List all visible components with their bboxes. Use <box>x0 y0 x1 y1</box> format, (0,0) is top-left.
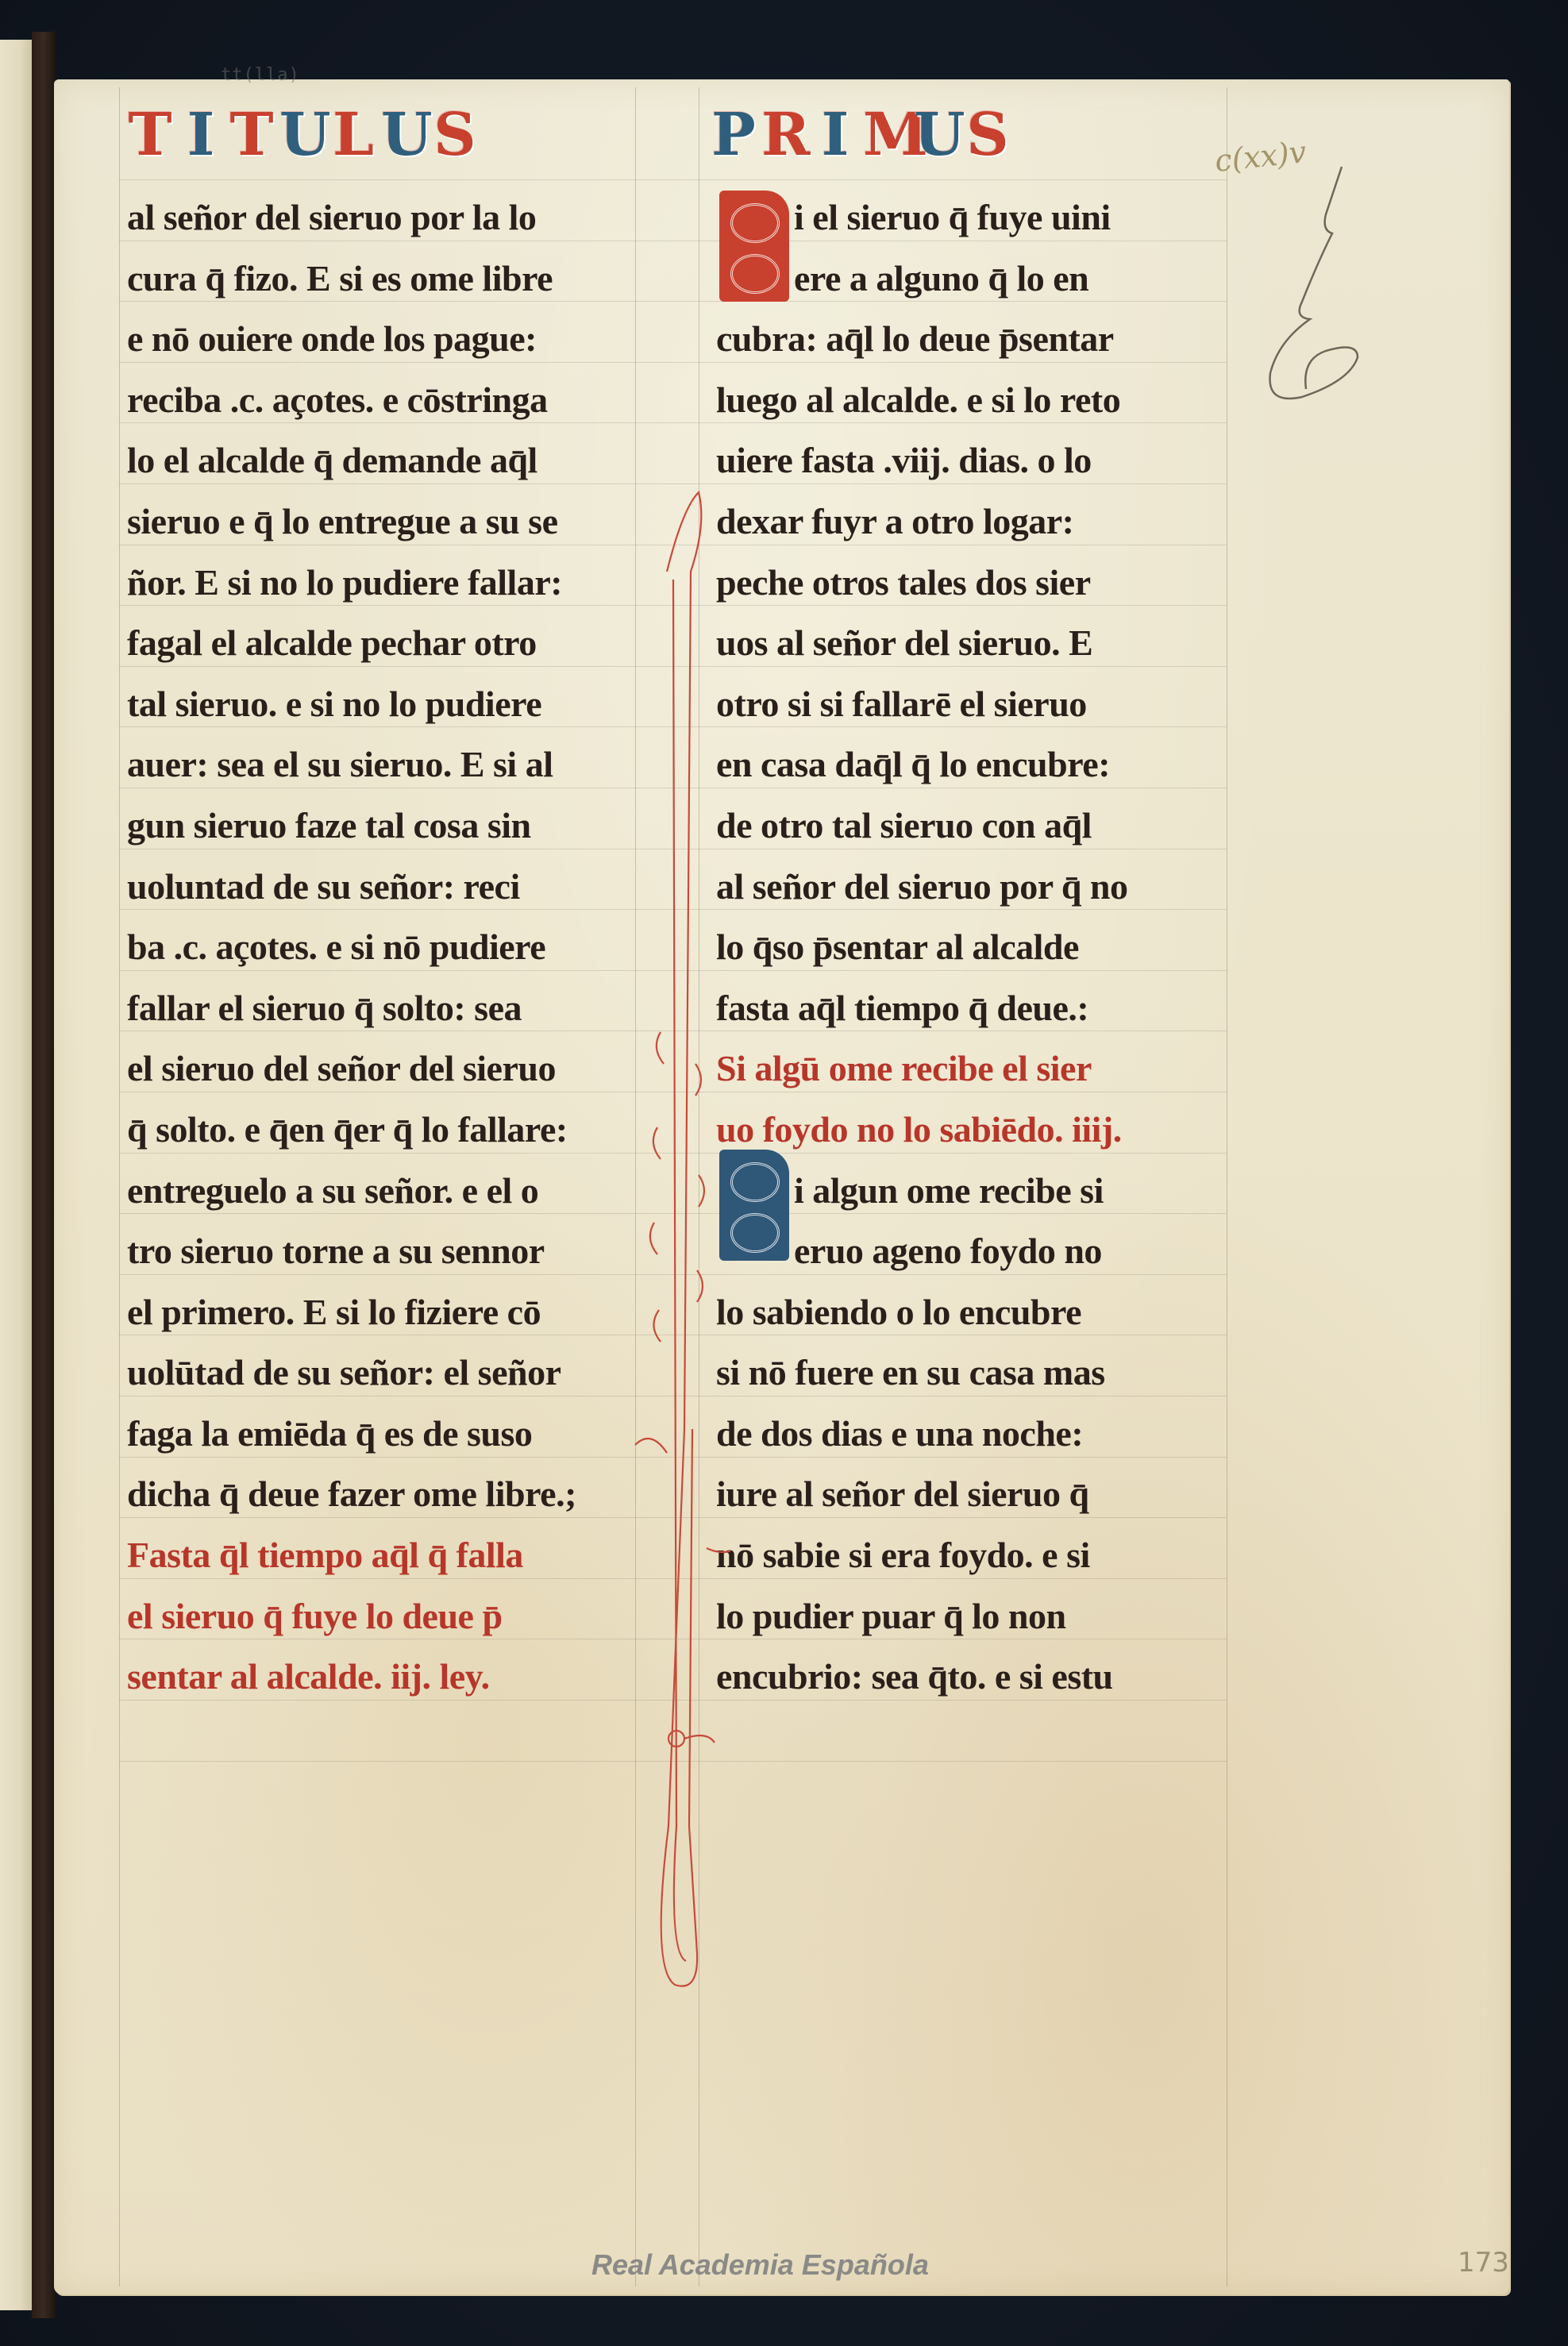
text-line: lo sabiendo o lo encubre <box>716 1282 1224 1343</box>
text-line: de otro tal sieruo con aq̄l <box>716 795 1224 857</box>
text-line: ere a alguno q̄ lo en <box>716 248 1224 310</box>
folio-number: 173 <box>1458 2247 1509 2279</box>
heading-primus: PRIMUS <box>711 102 1011 177</box>
text-line: lo pudier puar q̄ lo non <box>716 1586 1224 1647</box>
text-line: al señor del sieruo por la lo <box>127 187 635 248</box>
text-line: i el sieruo q̄ fuye uini <box>716 187 1224 248</box>
text-line: dicha q̄ deue fazer ome libre.; <box>127 1464 635 1525</box>
text-line: luego al alcalde. e si lo reto <box>716 370 1224 431</box>
pencil-note: tt(lla) <box>221 65 300 85</box>
ruling-vertical <box>1227 87 1227 2286</box>
text-line: si nō fuere en su casa mas <box>716 1342 1224 1404</box>
heading-letter: I <box>178 102 224 168</box>
rubric-line: Si algū ome recibe el sier <box>716 1038 1224 1100</box>
heading-letter: S <box>965 102 1011 168</box>
rubric-line: Fasta q̄l tiempo aq̄l q̄ falla <box>127 1525 635 1586</box>
text-line: cubra: aq̄l lo deue p̄sentar <box>716 309 1224 370</box>
text-line: fasta aq̄l tiempo q̄ deue.: <box>716 978 1224 1039</box>
text-line: dexar fuyr a otro logar: <box>716 491 1224 553</box>
text-line: cura q̄ fizo. E si es ome libre <box>127 248 635 310</box>
text-line: ñor. E si no lo pudiere fallar: <box>127 553 635 614</box>
heading-letter: R <box>761 102 807 168</box>
heading-letter: U <box>914 102 960 168</box>
text-line: iure al señor del sieruo q̄ <box>716 1464 1224 1525</box>
text-line: lo q̄so p̄sentar al alcalde <box>716 917 1224 978</box>
text-line: uolūtad de su señor: el señor <box>127 1342 635 1404</box>
heading-letter: P <box>711 102 757 168</box>
heading-letter: S <box>432 102 478 168</box>
text-line: entreguelo a su señor. e el o <box>127 1161 635 1222</box>
heading-letter: M <box>863 102 909 168</box>
text-line: fagal el alcalde pechar otro <box>127 613 635 674</box>
heading-letter: U <box>279 102 326 168</box>
text-column-left: al señor del sieruo por la locura q̄ fiz… <box>127 187 635 1708</box>
heading-titulus: TITULUS <box>127 102 478 177</box>
heading-letter: T <box>229 102 275 168</box>
text-line: i algun ome recibe si <box>716 1161 1224 1222</box>
text-line: faga la emiēda q̄ es de suso <box>127 1404 635 1465</box>
binding-gutter <box>32 32 56 2318</box>
rubric-line: el sieruo q̄ fuye lo deue p̄ <box>127 1586 635 1647</box>
text-line: sieruo e q̄ lo entregue a su se <box>127 491 635 553</box>
heading-letter: U <box>381 102 427 168</box>
rubric-line: sentar al alcalde. iij. ley. <box>127 1647 635 1708</box>
text-line: uiere fasta .viij. dias. o lo <box>716 430 1224 491</box>
ruling-horizontal <box>119 179 1227 180</box>
text-line: otro si si fallarē el sieruo <box>716 674 1224 735</box>
text-line: peche otros tales dos sier <box>716 553 1224 614</box>
text-line: e nō ouiere onde los pague: <box>127 309 635 370</box>
watermark: Real Academia Española <box>591 2248 929 2282</box>
text-line: encubrio: sea q̄to. e si estu <box>716 1647 1224 1708</box>
text-line: de dos dias e una noche: <box>716 1404 1224 1465</box>
text-line: tro sieruo torne a su sennor <box>127 1221 635 1282</box>
text-line: ba .c. açotes. e si nō pudiere <box>127 917 635 978</box>
text-line: el sieruo del señor del sieruo <box>127 1038 635 1100</box>
text-column-right: i el sieruo q̄ fuye uiniere a alguno q̄ … <box>716 187 1224 1708</box>
text-line: lo el alcalde q̄ demande aq̄l <box>127 430 635 491</box>
text-line: nō sabie si era foydo. e si <box>716 1525 1224 1586</box>
pen-flourish-icon <box>619 476 730 2001</box>
text-line: uoluntad de su señor: reci <box>127 857 635 918</box>
text-line: al señor del sieruo por q̄ no <box>716 857 1224 918</box>
text-line: q̄ solto. e q̄en q̄er q̄ lo fallare: <box>127 1100 635 1161</box>
text-line: fallar el sieruo q̄ solto: sea <box>127 978 635 1039</box>
heading-letter: I <box>812 102 858 168</box>
text-line: tal sieruo. e si no lo pudiere <box>127 674 635 735</box>
text-line: reciba .c. açotes. e cōstringa <box>127 370 635 431</box>
text-line: auer: sea el su sieruo. E si al <box>127 734 635 795</box>
rubric-line: uo foydo no lo sabiēdo. iiij. <box>716 1100 1224 1161</box>
text-line: en casa daq̄l q̄ lo encubre: <box>716 734 1224 795</box>
text-line: gun sieruo faze tal cosa sin <box>127 795 635 857</box>
text-line: uos al señor del sieruo. E <box>716 613 1224 674</box>
margin-flourish-icon <box>1246 151 1373 437</box>
text-line: eruo ageno foydo no <box>716 1221 1224 1282</box>
heading-letter: T <box>127 102 173 168</box>
text-line: el primero. E si lo fiziere cō <box>127 1282 635 1343</box>
ruling-vertical <box>119 87 120 2286</box>
heading-letter: L <box>330 102 376 168</box>
